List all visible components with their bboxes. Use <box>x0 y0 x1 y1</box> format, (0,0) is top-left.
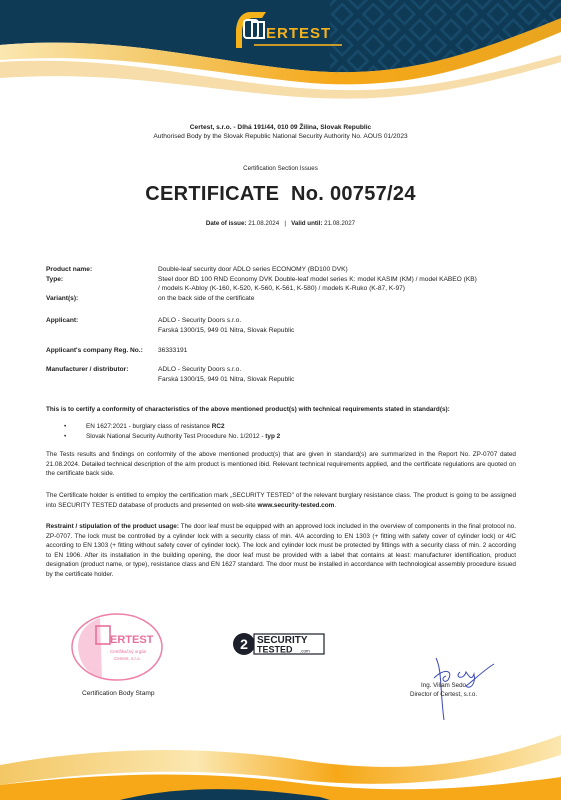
manufacturer-label: Manufacturer / distributor: <box>46 366 128 373</box>
restraint-label: Restraint / stipulation of the product u… <box>46 523 179 530</box>
applicant-name: ADLO - Security Doors s.r.o. <box>158 316 523 326</box>
certification-stamp: ERTEST Certifikačný orgán Certest, s.r.o… <box>70 612 165 682</box>
security-tested-badge-icon: 2 SECURITY TESTED .com <box>232 632 328 656</box>
variants-value: on the back side of the certificate <box>158 294 523 304</box>
date-separator: | <box>284 220 286 227</box>
type-line-2: / models K-Abloy (K-160, K-520, K-560, K… <box>158 284 523 294</box>
issuer-info: Certest, s.r.o. - Dlhá 191/44, 010 09 Ži… <box>0 123 561 141</box>
signatory-title: Director of Certest, s.r.o. <box>410 691 477 700</box>
reg-no-label: Applicant's company Reg. No.: <box>46 347 143 354</box>
issuer-address: Certest, s.r.o. - Dlhá 191/44, 010 09 Ži… <box>0 123 561 132</box>
svg-text:ERTEST: ERTEST <box>110 634 154 646</box>
test-results-paragraph: The Tests results and findings on confor… <box>46 450 516 479</box>
variants-label: Variant(s): <box>46 295 78 302</box>
valid-date: 21.08.2027 <box>324 220 355 227</box>
standard-bullet-1: •EN 1627:2021 - burglary class of resist… <box>64 423 225 430</box>
standard-bullet-2: •Slovak National Security Authority Test… <box>64 433 280 440</box>
applicant-value: ADLO - Security Doors s.r.o. Farská 1300… <box>158 316 523 335</box>
issue-date: 21.08.2024 <box>248 220 279 227</box>
section-label: Certification Section Issues <box>0 165 561 172</box>
product-name-value: Double-leaf security door ADLO series EC… <box>158 265 523 303</box>
issuer-authorisation: Authorised Body by the Slovak Republic N… <box>0 132 561 141</box>
footer-wave-graphic <box>0 725 561 800</box>
logo-text: ERTEST <box>266 25 331 42</box>
svg-text:Certifikačný orgán: Certifikačný orgán <box>110 649 147 654</box>
manufacturer-name: ADLO - Security Doors s.r.o. <box>158 365 523 375</box>
header-banner: ERTEST <box>0 0 561 110</box>
type-label: Type: <box>46 276 63 283</box>
svg-text:2: 2 <box>240 636 248 652</box>
stamp-graphic: ERTEST Certifikačný orgán Certest, s.r.o… <box>70 612 165 682</box>
certificate-title: CERTIFICATE No. 00757/24 <box>0 183 561 206</box>
applicant-address: Farská 1300/15, 949 01 Nitra, Slovak Rep… <box>158 326 523 336</box>
certest-logo: ERTEST <box>236 12 346 50</box>
manufacturer-value: ADLO - Security Doors s.r.o. Farská 1300… <box>158 365 523 384</box>
svg-text:Certest, s.r.o.: Certest, s.r.o. <box>114 656 141 661</box>
reg-no-value: 36333191 <box>158 346 523 356</box>
stamp-caption: Certification Body Stamp <box>82 690 155 697</box>
certificate-dates: Date of issue: 21.08.2024 | Valid until:… <box>0 220 561 227</box>
signatory-name: Ing. Viliam Sedo <box>410 682 477 691</box>
valid-label: Valid until: <box>291 220 322 227</box>
security-tested-link[interactable]: www.security-tested.com <box>257 502 334 509</box>
type-line-1: Steel door BD 100 RND Economy DVK Double… <box>158 275 523 285</box>
svg-text:TESTED: TESTED <box>257 645 293 655</box>
footer-banner <box>0 725 561 800</box>
certest-c-mark-icon <box>236 12 270 48</box>
signatory: Ing. Viliam Sedo Director of Certest, s.… <box>410 682 477 699</box>
issue-label: Date of issue: <box>206 220 247 227</box>
svg-text:.com: .com <box>300 649 310 654</box>
product-name: Double-leaf security door ADLO series EC… <box>158 265 523 275</box>
logo-underline <box>254 44 342 46</box>
certification-mark-paragraph: The Certificate holder is entitled to em… <box>46 491 516 510</box>
conformity-intro: This is to certify a conformity of chara… <box>46 405 516 415</box>
applicant-label: Applicant: <box>46 317 78 324</box>
manufacturer-address: Farská 1300/15, 949 01 Nitra, Slovak Rep… <box>158 375 523 385</box>
restraint-paragraph: Restraint / stipulation of the product u… <box>46 522 516 579</box>
product-name-label: Product name: <box>46 266 92 273</box>
security-tested-logo: 2 SECURITY TESTED .com <box>232 632 328 656</box>
